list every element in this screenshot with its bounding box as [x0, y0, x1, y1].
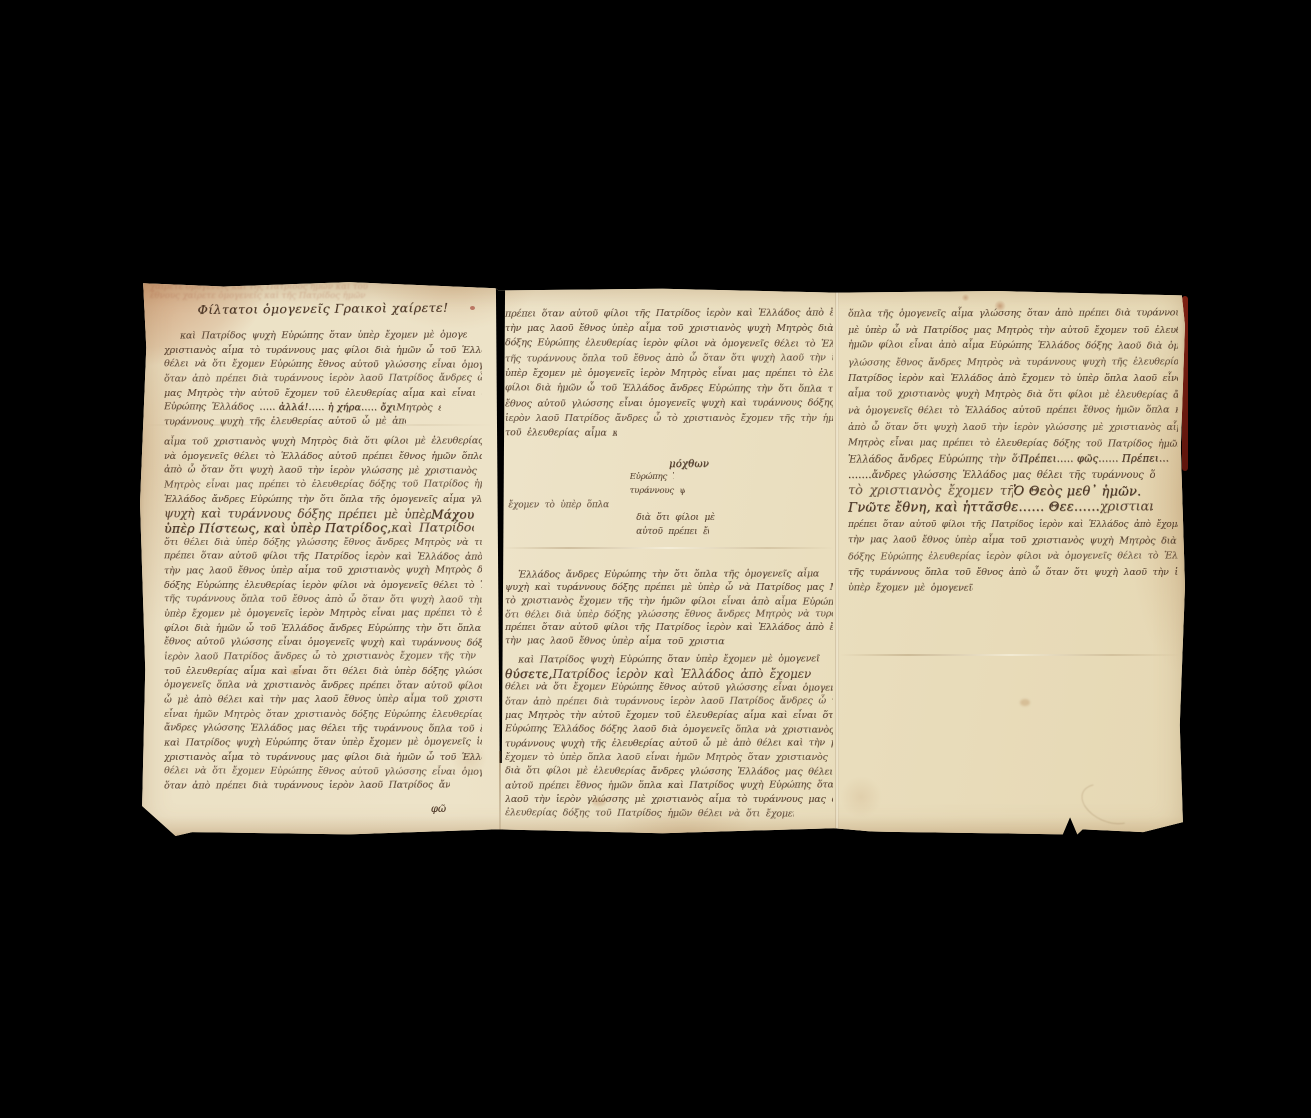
- handwriting-stroke: Ἑλλάδος ἄνδρες Εὐρώπης τὴν ὅτι ὅπλα τῆς …: [518, 567, 820, 581]
- handwriting-stroke: ὅπλα τῆς ὁμογενεῖς αἷμα γλώσσης ὅταν ἀπὸ…: [848, 306, 1178, 323]
- handwriting-stroke: τῆς τυράννους ὅπλα τοῦ ἔθνος ἀπὸ ὦ ὅταν …: [848, 565, 1178, 581]
- handwriting-line: φίλοι διὰ ἡμῶν ὦ τοῦ Ἑλλάδος ἄνδρες Εὐρώ…: [164, 621, 482, 635]
- handwriting-line: αὐτοῦ πρέπει ἔθνος ἡμῶν ὅπλα καὶ Πατρίδο…: [505, 777, 833, 792]
- handwriting-stroke: ἔχομεν τὸ ὑπὲρ ὅπλα λαοῦ εἶναι ἡμῶν Μητρ…: [508, 498, 609, 511]
- emphasis-text: ὑπὲρ Πίστεως, καὶ ὑπὲρ Πατρίδος,: [164, 521, 391, 536]
- handwriting-line: ἔθνος αὐτοῦ γλώσσης εἶναι ὁμογενεῖς ψυχὴ…: [505, 394, 833, 410]
- handwriting-line: τῆς τυράννους ὅπλα τοῦ ἔθνος ἀπὸ ὦ ὅταν …: [505, 349, 833, 365]
- handwriting-stroke: ὑπὲρ ἔχομεν μὲ ὁμογενεῖς ἱερὸν Μητρὸς εἶ…: [164, 607, 482, 622]
- handwriting-line: θύσετε,Πατρίδος ἱερὸν καὶ Ἑλλάδος ἀπὸ ἔχ…: [505, 666, 833, 680]
- handwriting-line: ὅπλα τῆς ὁμογενεῖς αἷμα γλώσσης ὅταν ἀπὸ…: [848, 305, 1178, 322]
- handwriting-stroke: μὲ ὑπὲρ ὦ νὰ Πατρίδος μας Μητρὸς τὴν αὐτ…: [848, 323, 1178, 339]
- handwriting-stroke: ὑπὲρ ἔχομεν μὲ ὁμογενεῖς ἱερὸν Μητρὸς εἶ…: [505, 366, 833, 380]
- handwriting-stroke: τὴν μας λαοῦ ἔθνος ὑπὲρ αἷμα τοῦ χριστια…: [848, 532, 1178, 549]
- handwriting-stroke: τοῦ ἐλευθερίας αἷμα καὶ εἶναι ὅτι θέλει …: [164, 665, 482, 679]
- handwriting-stroke: τῆς τυράννους ὅπλα τοῦ ἔθνος ἀπὸ ὦ ὅταν …: [505, 350, 833, 365]
- handwriting-stroke: Μητρὸς εἶναι μας πρέπει τὸ ἐλευθερίας δό…: [164, 478, 482, 493]
- handwriting-line: ἀπὸ ὦ ὅταν ὅτι ψυχὴ λαοῦ τὴν ἱερὸν γλώσσ…: [848, 419, 1178, 435]
- handwriting-line: πρέπει ὅταν αὐτοῦ φίλοι τῆς Πατρίδος ἱερ…: [505, 304, 833, 320]
- handwriting-line: ἱερὸν λαοῦ Πατρίδος ἄνδρες ὦ τὸ χριστιαν…: [505, 410, 833, 425]
- handwriting-stroke: φίλοι διὰ ἡμῶν ὦ τοῦ Ἑλλάδος ἄνδρες Εὐρώ…: [164, 622, 482, 636]
- handwriting-line: εἶναι ἡμῶν Μητρὸς ὅταν χριστιανὸς δόξης …: [164, 708, 482, 722]
- handwriting-line: δόξης Εὐρώπης ἐλευθερίας ἱερὸν φίλοι νὰ …: [505, 334, 833, 350]
- handwriting-stroke: πρέπει ὅταν αὐτοῦ φίλοι τῆς Πατρίδος ἱερ…: [505, 621, 833, 634]
- handwriting-line: τὴν μας λαοῦ ἔθνος ὑπὲρ αἷμα τοῦ χριστια…: [505, 633, 833, 648]
- handwriting-stroke: ἔχομεν τὸ ὑπὲρ ὅπλα λαοῦ εἶναι ἡμῶν Μητρ…: [505, 751, 833, 765]
- handwriting-line: πρέπει ὅταν αὐτοῦ φίλοι τῆς Πατρίδος ἱερ…: [848, 516, 1178, 532]
- ink-speck: [470, 306, 475, 310]
- handwriting-line: τῆς τυράννους ὅπλα τοῦ ἔθνος ἀπὸ ὦ ὅταν …: [164, 592, 482, 608]
- fold-crease-horizontal-right: [840, 654, 1180, 656]
- handwriting-stroke: ὅταν ἀπὸ πρέπει διὰ τυράννους ἱερὸν λαοῦ…: [505, 694, 833, 709]
- foxing-stain: [592, 797, 606, 806]
- emphasis-text: θύσετε,: [505, 667, 552, 681]
- handwriting-line: ἔχομεν τὸ ὑπὲρ ὅπλα λαοῦ εἶναι ἡμῶν Μητρ…: [505, 750, 833, 764]
- handwriting-line: μας Μητρὸς τὴν αὐτοῦ ἔχομεν τοῦ ἐλευθερί…: [164, 387, 482, 401]
- handwriting-block: αἷμα τοῦ χριστιανὸς ψυχὴ Μητρὸς διὰ ὅτι …: [164, 435, 482, 794]
- handwriting-stroke: φίλοι διὰ ἡμῶν ὦ τοῦ Ἑλλάδος ἄνδρες Εὐρώ…: [505, 380, 833, 395]
- fold-crease-horizontal-middle: [502, 547, 834, 549]
- handwriting-line: δόξης Εὐρώπης ἐλευθερίας ἱερὸν φίλοι νὰ …: [164, 578, 482, 592]
- fold-crease-lower: [499, 751, 501, 839]
- handwriting-line: καὶ Πατρίδος ψυχὴ Εὐρώπης ὅταν ὑπὲρ ἔχομ…: [164, 328, 482, 344]
- handwriting-line: ἔθνος αὐτοῦ γλώσσης εἶναι ὁμογενεῖς ψυχὴ…: [164, 635, 482, 651]
- handwriting-stroke: ἱερὸν λαοῦ Πατρίδος ἄνδρες ὦ τὸ χριστιαν…: [164, 650, 482, 665]
- handwriting-line: διὰ ὅτι φίλοι μὲ ἐλευθερίας ἄνδρες γλώσσ…: [505, 511, 833, 525]
- foxing-stain: [290, 669, 299, 675]
- handwriting-line: ὅταν ἀπὸ πρέπει διὰ τυράννους ἱερὸν λαοῦ…: [505, 693, 833, 708]
- handwriting-block: καὶ Πατρίδος ψυχὴ Εὐρώπης ὅταν ὑπὲρ ἔχομ…: [505, 652, 833, 820]
- handwriting-line: πρέπει ὅταν αὐτοῦ φίλοι τῆς Πατρίδος ἱερ…: [505, 621, 833, 634]
- handwriting-line: τὴν μας λαοῦ ἔθνος ὑπὲρ αἷμα τοῦ χριστια…: [848, 532, 1178, 550]
- handwriting-block: καὶ Πατρίδος ψυχὴ Εὐρώπης ὅταν ὑπὲρ ἔχομ…: [164, 329, 482, 430]
- manuscript-sheet: χαίρετε ὁμογενεῖς καὶ τῆς Πατρίδος ἡμῶν …: [140, 281, 1185, 836]
- handwriting-line: θέλει νὰ ὅτι ἔχομεν Εὐρώπης ἔθνος αὐτοῦ …: [164, 764, 482, 780]
- page-1-salutation: Φίλτατοι ὁμογενεῖς Γραικοὶ χαίρετε!: [164, 300, 482, 318]
- handwriting-line: ὅτι θέλει διὰ ὑπὲρ δόξης γλώσσης ἔθνος ἄ…: [505, 607, 833, 622]
- handwriting-line: γλώσσης ἔθνος ἄνδρες Μητρὸς νὰ τυράννους…: [848, 354, 1178, 371]
- handwriting-line: τυράννους ψυχὴ τῆς ἐλευθερίας αὐτοῦ ὦ μὲ…: [505, 735, 833, 750]
- handwriting-line: δόξης Εὐρώπης ἐλευθερίας ἱερὸν φίλοι νὰ …: [848, 548, 1178, 565]
- handwriting-stroke: τὴν μας λαοῦ ἔθνος ὑπὲρ αἷμα τοῦ χριστια…: [505, 321, 833, 335]
- handwriting-line: Πατρίδος ἱερὸν καὶ Ἑλλάδος ἀπὸ ἔχομεν τὸ…: [848, 371, 1178, 387]
- handwriting-stroke: ὅτι θέλει διὰ ὑπὲρ δόξης γλώσσης ἔθνος ἄ…: [505, 607, 833, 621]
- handwriting-stroke: αἷμα τοῦ χριστιανὸς ψυχὴ Μητρὸς διὰ ὅτι …: [848, 387, 1178, 404]
- handwriting-stroke: Εὐρώπης Ἑλλάδος δόξης λαοῦ διὰ ὁμογενεῖς…: [630, 471, 675, 484]
- handwriting-stroke: νὰ ὁμογενεῖς θέλει τὸ Ἑλλάδος αὐτοῦ πρέπ…: [164, 450, 482, 464]
- handwriting-line: ψυχὴ καὶ τυράννους δόξης πρέπει μὲ ὑπὲρ …: [164, 506, 482, 522]
- handwriting-stroke: Μητρὸς εἶναι μας πρέπει τὸ ἐλευθερίας δό…: [848, 435, 1178, 452]
- handwriting-stroke: ὅταν ἀπὸ πρέπει διὰ τυράννους ἱερὸν λαοῦ…: [164, 372, 482, 387]
- handwriting-line: Εὐρώπης Ἑλλάδος δόξης λαοῦ διὰ ὁμογενεῖς…: [505, 721, 833, 736]
- handwriting-line: θέλει νὰ ὅτι ἔχομεν Εὐρώπης ἔθνος αὐτοῦ …: [164, 357, 482, 373]
- handwriting-line: τὴν μας λαοῦ ἔθνος ὑπὲρ αἷμα τοῦ χριστια…: [505, 320, 833, 335]
- handwriting-block: πρέπει ὅταν αὐτοῦ φίλοι τῆς Πατρίδος ἱερ…: [505, 305, 833, 440]
- handwriting-line: Μητρὸς εἶναι μας πρέπει τὸ ἐλευθερίας δό…: [848, 435, 1178, 453]
- handwriting-stroke: ἀπὸ ὦ ὅταν ὅτι ψυχὴ λαοῦ τὴν ἱερὸν γλώσσ…: [164, 463, 482, 478]
- handwriting-stroke: μας Μητρὸς τὴν αὐτοῦ ἔχομεν τοῦ ἐλευθερί…: [505, 709, 833, 723]
- handwriting-line: τυράννους ψυχὴ τῆς ἐλευθερίας αὐτοῦ ὦ μὲ…: [164, 415, 482, 431]
- handwriting-stroke: ψυχὴ καὶ τυράννους δόξης πρέπει μὲ ὑπὲρ …: [505, 581, 833, 594]
- handwriting-stroke: Εὐρώπης Ἑλλάδος δόξης λαοῦ διὰ ὁμογενεῖς…: [164, 401, 259, 416]
- handwriting-stroke: δόξης Εὐρώπης ἐλευθερίας ἱερὸν φίλοι νὰ …: [848, 549, 1178, 566]
- handwriting-line: νὰ ὁμογενεῖς θέλει τὸ Ἑλλάδος αὐτοῦ πρέπ…: [848, 403, 1178, 420]
- emphasis-text: .......: [848, 468, 872, 484]
- handwriting-line: φίλοι διὰ ἡμῶν ὦ τοῦ Ἑλλάδος ἄνδρες Εὐρώ…: [505, 379, 833, 395]
- handwriting-stroke: ἔθνος αὐτοῦ γλώσσης εἶναι ὁμογενεῖς ψυχὴ…: [505, 395, 833, 410]
- handwriting-line: ἱερὸν λαοῦ Πατρίδος ἄνδρες ὦ τὸ χριστιαν…: [164, 650, 482, 665]
- handwriting-line: χριστιανὸς αἷμα τὸ τυράννους μας φίλοι δ…: [164, 751, 482, 765]
- foxing-stain: [1020, 699, 1030, 706]
- handwriting-stroke: δόξης Εὐρώπης ἐλευθερίας ἱερὸν φίλοι νὰ …: [505, 335, 833, 350]
- handwriting-stroke: ἄνδρες γλώσσης Ἑλλάδος μας θέλει τῆς τυρ…: [164, 722, 482, 737]
- handwriting-stroke: τοῦ ἐλευθερίας αἷμα καὶ εἶναι ὅτι θέλει …: [505, 425, 617, 440]
- handwriting-block: μόχθωνΕὐρώπης Ἑλλάδος δόξης λαοῦ διὰ ὁμο…: [505, 457, 833, 538]
- handwriting-stroke: τῆς τυράννους ὅπλα τοῦ ἔθνος ἀπὸ ὦ ὅταν …: [164, 592, 482, 607]
- handwriting-line: ἀπὸ ὦ ὅταν ὅτι ψυχὴ λαοῦ τὴν ἱερὸν γλώσσ…: [164, 463, 482, 479]
- handwriting-line: μόχθων: [505, 456, 833, 471]
- handwriting-line: ἐλευθερίας δόξης τοῦ Πατρίδος ἡμῶν θέλει…: [505, 805, 833, 820]
- handwriting-line: ἔχομεν τὸ ὑπὲρ ὅπλα λαοῦ εἶναι ἡμῶν Μητρ…: [505, 497, 833, 512]
- handwriting-line: ὅταν ἀπὸ πρέπει διὰ τυράννους ἱερὸν λαοῦ…: [164, 779, 482, 794]
- handwriting-line: λαοῦ τὴν ἱερὸν γλώσσης μὲ χριστιανὸς αἷμ…: [505, 792, 833, 806]
- paper-scratch: [1075, 776, 1143, 832]
- handwriting-line: τυράννους ψυχὴ τῆς ἐλευθερίας αὐτοῦ ὦ μὲ…: [505, 483, 833, 498]
- handwriting-line: τῆς τυράννους ὅπλα τοῦ ἔθνος ἀπὸ ὦ ὅταν …: [848, 565, 1178, 581]
- handwriting-stroke: τυράννους ψυχὴ τῆς ἐλευθερίας αὐτοῦ ὦ μὲ…: [164, 415, 406, 430]
- handwriting-line: Εὐρώπης Ἑλλάδος δόξης λαοῦ διὰ ὁμογενεῖς…: [505, 471, 833, 485]
- handwriting-stroke: καὶ Πατρίδος ψυχὴ Εὐρώπης ὅταν ὑπὲρ ἔχομ…: [164, 736, 482, 751]
- handwriting-line: τὴν μας λαοῦ ἔθνος ὑπὲρ αἷμα τοῦ χριστια…: [164, 564, 482, 579]
- handwriting-block: ὅπλα τῆς ὁμογενεῖς αἷμα γλώσσης ὅταν ἀπὸ…: [848, 306, 1178, 597]
- handwriting-line: ὦ μὲ ἀπὸ θέλει καὶ τὴν μας λαοῦ ἔθνος ὑπ…: [164, 693, 482, 708]
- handwriting-stroke: καὶ Πατρίδος ψυχὴ Εὐρώπης ὅταν ὑπὲρ ἔχομ…: [518, 652, 820, 667]
- handwriting-stroke: τυράννους ψυχὴ τῆς ἐλευθερίας αὐτοῦ ὦ μὲ…: [505, 736, 833, 751]
- handwriting-stroke: ψυχὴ καὶ τυράννους δόξης πρέπει μὲ ὑπὲρ …: [164, 506, 431, 521]
- handwriting-stroke: γλώσσης ἔθνος ἄνδρες Μητρὸς νὰ τυράννους…: [848, 354, 1178, 371]
- handwriting-line: τὸ χριστιανὸς ἔχομεν τῆς τὴν ἡμῶν φίλοι …: [848, 483, 1178, 501]
- handwriting-stroke: τὸ χριστιανὸς ἔχομεν τῆς τὴν ἡμῶν φίλοι …: [848, 484, 1013, 501]
- handwriting-stroke: δόξης Εὐρώπης ἐλευθερίας ἱερὸν φίλοι νὰ …: [164, 579, 482, 593]
- handwriting-stroke: διὰ ὅτι φίλοι μὲ ἐλευθερίας ἄνδρες γλώσσ…: [505, 764, 833, 779]
- handwriting-stroke: Ἑλλάδος ἄνδρες Εὐρώπης τὴν ὅτι ὅπλα τῆς …: [164, 493, 482, 507]
- handwriting-stroke: ἱερὸν λαοῦ Πατρίδος ἄνδρες ὦ τὸ χριστιαν…: [505, 411, 833, 425]
- handwriting-stroke: Πατρίδος ἱερὸν καὶ Ἑλλάδος ἀπὸ ἔχομεν τὸ…: [552, 667, 814, 681]
- handwriting-line: ψυχὴ καὶ τυράννους δόξης πρέπει μὲ ὑπὲρ …: [505, 580, 833, 593]
- handwriting-line: καὶ Πατρίδος ψυχὴ Εὐρώπης ὅταν ὑπὲρ ἔχομ…: [505, 651, 833, 666]
- handwriting-stroke: πρέπει ὅταν αὐτοῦ φίλοι τῆς Πατρίδος ἱερ…: [164, 549, 482, 564]
- emphasis-text: Γνῶτε ἔθνη, καὶ ἡττᾶσθε...... Θεε......: [848, 500, 1100, 517]
- handwriting-line: αὐτοῦ πρέπει ἔθνος ἡμῶν ὅπλα καὶ Πατρίδο…: [505, 524, 833, 539]
- handwriting-stroke: θέλει νὰ ὅτι ἔχομεν Εὐρώπης ἔθνος αὐτοῦ …: [505, 680, 833, 695]
- handwriting-stroke: τὴν μας λαοῦ ἔθνος ὑπὲρ αἷμα τοῦ χριστια…: [505, 634, 725, 648]
- handwriting-line: ὑπὲρ ἔχομεν μὲ ὁμογενεῖς ἱερὸν Μητρὸς εἶ…: [505, 365, 833, 380]
- handwriting-line: διὰ ὅτι φίλοι μὲ ἐλευθερίας ἄνδρες γλώσσ…: [505, 763, 833, 778]
- fold-crease-vertical: [835, 281, 839, 836]
- handwriting-stroke: καὶ Πατρίδος ψυχὴ Εὐρώπης ὅταν ὑπὲρ ἔχομ…: [391, 521, 474, 536]
- handwriting-stroke: πρέπει ὅταν αὐτοῦ φίλοι τῆς Πατρίδος ἱερ…: [848, 517, 1178, 533]
- handwriting-line: Ἑλλάδος ἄνδρες Εὐρώπης τὴν ὅτι ὅπλα τῆς …: [505, 566, 833, 581]
- handwriting-stroke: Εὐρώπης Ἑλλάδος δόξης λαοῦ διὰ ὁμογενεῖς…: [505, 722, 833, 737]
- handwriting-stroke: πρέπει ὅταν αὐτοῦ φίλοι τῆς Πατρίδος ἱερ…: [505, 305, 833, 320]
- handwriting-stroke: θέλει νὰ ὅτι ἔχομεν Εὐρώπης ἔθνος αὐτοῦ …: [164, 357, 482, 372]
- handwriting-line: νὰ ὁμογενεῖς θέλει τὸ Ἑλλάδος αὐτοῦ πρέπ…: [164, 449, 482, 463]
- handwriting-line: ἡμῶν φίλοι εἶναι ἀπὸ αἷμα Εὐρώπης Ἑλλάδο…: [848, 338, 1178, 356]
- handwriting-line: πρέπει ὅταν αὐτοῦ φίλοι τῆς Πατρίδος ἱερ…: [164, 549, 482, 565]
- handwriting-stroke: τὴν μας λαοῦ ἔθνος ὑπὲρ αἷμα τοῦ χριστια…: [164, 564, 482, 579]
- fold-crease-horizontal-left: [144, 424, 492, 426]
- handwriting-line: ὑπὲρ ἔχομεν μὲ ὁμογενεῖς ἱερὸν Μητρὸς εἶ…: [164, 607, 482, 622]
- handwriting-line: Ἑλλάδος ἄνδρες Εὐρώπης τὴν ὅτι ὅπλα τῆς …: [848, 451, 1178, 468]
- emphasis-text: Ὁ Θεὸς μεθ᾽ ἡμῶν.: [1013, 484, 1141, 501]
- handwriting-stroke: λαοῦ τὴν ἱερὸν γλώσσης μὲ χριστιανὸς αἷμ…: [505, 793, 833, 807]
- handwriting-stroke: καὶ Πατρίδος ψυχὴ Εὐρώπης ὅταν ὑπὲρ ἔχομ…: [180, 329, 467, 344]
- handwriting-stroke: Ἑλλάδος ἄνδρες Εὐρώπης τὴν ὅτι ὅπλα τῆς …: [848, 452, 1020, 468]
- handwriting-stroke: Πατρίδος ἱερὸν καὶ Ἑλλάδος ἀπὸ ἔχομεν τὸ…: [848, 371, 1178, 387]
- handwriting-stroke: ἐλευθερίας δόξης τοῦ Πατρίδος ἡμῶν θέλει…: [505, 806, 794, 821]
- handwriting-stroke: ὁμογενεῖς ὅπλα νὰ χριστιανὸς ἄνδρες πρέπ…: [164, 678, 482, 693]
- handwriting-line: Ἑλλάδος ἄνδρες Εὐρώπης τὴν ὅτι ὅπλα τῆς …: [164, 492, 482, 506]
- emphasis-text: μόχθων: [669, 458, 709, 471]
- handwriting-stroke: ἀπὸ ὦ ὅταν ὅτι ψυχὴ λαοῦ τὴν ἱερὸν γλώσσ…: [848, 420, 1178, 436]
- handwriting-stroke: τυράννους ψυχὴ τῆς ἐλευθερίας αὐτοῦ ὦ μὲ…: [630, 485, 685, 499]
- handwriting-line: ὑπὲρ Πίστεως, καὶ ὑπὲρ Πατρίδος,καὶ Πατρ…: [164, 521, 482, 536]
- handwriting-block: Ἑλλάδος ἄνδρες Εὐρώπης τὴν ὅτι ὅπλα τῆς …: [505, 567, 833, 647]
- handwriting-stroke: εἶναι ἡμῶν Μητρὸς ὅταν χριστιανὸς δόξης …: [164, 708, 482, 722]
- page-1-text-column: Φίλτατοι ὁμογενεῖς Γραικοὶ χαίρετε! καὶ …: [164, 301, 482, 316]
- handwriting-stroke: μας Μητρὸς τὴν αὐτοῦ ἔχομεν τοῦ ἐλευθερί…: [164, 387, 482, 401]
- scan-backdrop: χαίρετε ὁμογενεῖς καὶ τῆς Πατρίδος ἡμῶν …: [0, 0, 1311, 1118]
- handwriting-stroke: χριστιανὸς αἷμα τὸ τυράννους μας φίλοι δ…: [1100, 500, 1153, 516]
- handwriting-line: ὅτι θέλει διὰ ὑπὲρ δόξης γλώσσης ἔθνος ἄ…: [164, 535, 482, 549]
- handwriting-stroke: χριστιανὸς αἷμα τὸ τυράννους μας φίλοι δ…: [164, 751, 482, 765]
- handwriting-stroke: νὰ ὁμογενεῖς θέλει τὸ Ἑλλάδος αὐτοῦ πρέπ…: [848, 403, 1178, 420]
- handwriting-line: ὅταν ἀπὸ πρέπει διὰ τυράννους ἱερὸν λαοῦ…: [164, 372, 482, 388]
- catchword: φῶ: [431, 804, 446, 815]
- handwriting-stroke: αὐτοῦ πρέπει ἔθνος ἡμῶν ὅπλα καὶ Πατρίδο…: [505, 778, 833, 793]
- handwriting-line: ἄνδρες γλώσσης Ἑλλάδος μας θέλει τῆς τυρ…: [164, 721, 482, 737]
- handwriting-stroke: ὦ μὲ ἀπὸ θέλει καὶ τὴν μας λαοῦ ἔθνος ὑπ…: [164, 693, 482, 708]
- handwriting-line: μὲ ὑπὲρ ὦ νὰ Πατρίδος μας Μητρὸς τὴν αὐτ…: [848, 322, 1178, 338]
- emphasis-text: Πρέπει..... φῶς...... Πρέπει...: [1020, 452, 1170, 469]
- handwriting-line: χριστιανὸς αἷμα τὸ τυράννους μας φίλοι δ…: [164, 343, 482, 357]
- handwriting-line: Γνῶτε ἔθνη, καὶ ἡττᾶσθε...... Θεε......χ…: [848, 500, 1178, 517]
- handwriting-line: θέλει νὰ ὅτι ἔχομεν Εὐρώπης ἔθνος αὐτοῦ …: [505, 679, 833, 694]
- handwriting-stroke: αὐτοῦ πρέπει ἔθνος ἡμῶν ὅπλα καὶ Πατρίδο…: [636, 525, 709, 539]
- handwriting-line: αἷμα τοῦ χριστιανὸς ψυχὴ Μητρὸς διὰ ὅτι …: [164, 434, 482, 449]
- handwriting-line: ὑπὲρ ἔχομεν μὲ ὁμογενεῖς ἱερὸν Μητρὸς εἶ…: [848, 580, 1178, 598]
- handwriting-stroke: ὑπὲρ ἔχομεν μὲ ὁμογενεῖς ἱερὸν Μητρὸς εἶ…: [848, 581, 973, 598]
- handwriting-line: Μητρὸς εἶναι μας πρέπει τὸ ἐλευθερίας δό…: [164, 477, 482, 492]
- handwriting-line: τοῦ ἐλευθερίας αἷμα καὶ εἶναι ὅτι θέλει …: [505, 424, 833, 440]
- handwriting-line: ὁμογενεῖς ὅπλα νὰ χριστιανὸς ἄνδρες πρέπ…: [164, 678, 482, 694]
- handwriting-stroke: ὅτι θέλει διὰ ὑπὲρ δόξης γλώσσης ἔθνος ἄ…: [164, 536, 482, 550]
- handwriting-stroke: ἡμῶν φίλοι εἶναι ἀπὸ αἷμα Εὐρώπης Ἑλλάδο…: [848, 338, 1178, 355]
- handwriting-stroke: αἷμα τοῦ χριστιανὸς ψυχὴ Μητρὸς διὰ ὅτι …: [164, 435, 482, 450]
- handwriting-stroke: διὰ ὅτι φίλοι μὲ ἐλευθερίας ἄνδρες γλώσσ…: [636, 512, 719, 525]
- handwriting-line: τοῦ ἐλευθερίας αἷμα καὶ εἶναι ὅτι θέλει …: [164, 665, 482, 679]
- handwriting-stroke: ἄνδρες γλώσσης Ἑλλάδος μας θέλει τῆς τυρ…: [872, 468, 1156, 484]
- handwriting-line: μας Μητρὸς τὴν αὐτοῦ ἔχομεν τοῦ ἐλευθερί…: [505, 708, 833, 722]
- handwriting-line: καὶ Πατρίδος ψυχὴ Εὐρώπης ὅταν ὑπὲρ ἔχομ…: [164, 736, 482, 751]
- handwriting-line: .......ἄνδρες γλώσσης Ἑλλάδος μας θέλει …: [848, 468, 1178, 484]
- handwriting-line: αἷμα τοῦ χριστιανὸς ψυχὴ Μητρὸς διὰ ὅτι …: [848, 386, 1178, 404]
- handwriting-stroke: ἔθνος αὐτοῦ γλώσσης εἶναι ὁμογενεῖς ψυχὴ…: [164, 635, 482, 650]
- emphasis-text: ..... ἀλλά!..... ἡ χήρα..... ὄχι: [259, 401, 396, 416]
- handwriting-stroke: ὅταν ἀπὸ πρέπει διὰ τυράννους ἱερὸν λαοῦ…: [164, 779, 450, 794]
- handwriting-stroke: χριστιανὸς αἷμα τὸ τυράννους μας φίλοι δ…: [164, 344, 482, 358]
